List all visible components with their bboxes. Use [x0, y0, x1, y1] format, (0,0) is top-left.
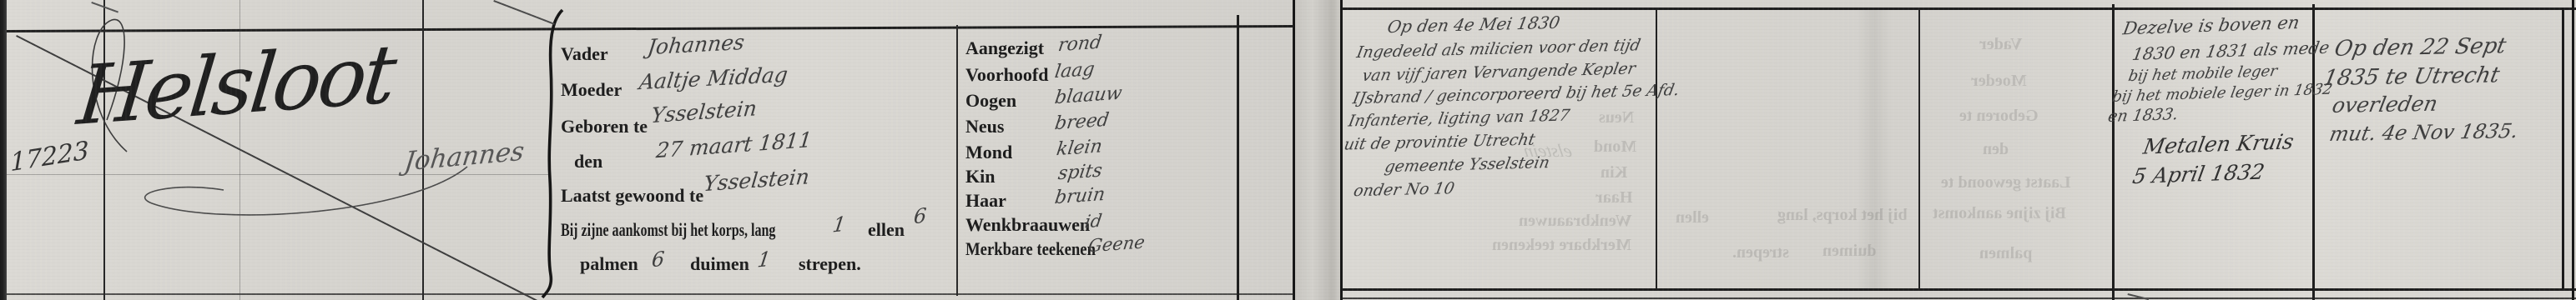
value-aangezigt: rond — [1056, 32, 1102, 56]
right-col-end-rule — [2562, 7, 2564, 289]
label-wenkbraauwen: Wenkbraauwen — [965, 214, 1090, 236]
left-page-edge — [1293, 0, 1295, 300]
scan-left-edge — [0, 0, 7, 300]
note-col-rule-3 — [2112, 4, 2115, 300]
row-top-rule-right — [1341, 7, 2576, 10]
label-aangezigt: Aangezigt — [965, 37, 1044, 59]
note-enlistment: Op den 4e Mei 1830 Ingedeeld als milicie… — [1358, 9, 1684, 200]
note-col-rule-2 — [1918, 7, 1920, 289]
value-wenkbraauwen: id — [1084, 211, 1104, 232]
note-campaigns: Dezelve is boven en 1830 en 1831 als med… — [2119, 12, 2338, 189]
label-oogen: Oogen — [965, 90, 1016, 112]
label-voorhoofd: Voorhoofd — [965, 64, 1048, 86]
note-line: Ingedeeld als milicien voor den tijd — [1355, 35, 1680, 62]
label-kin: Kin — [965, 166, 995, 187]
label-duimen: duimen — [690, 253, 749, 275]
label-measurement-intro: Bij zijne aankomst bij het korps, lang — [561, 219, 775, 241]
label-gewoond: Laatst gewoond te — [561, 185, 703, 207]
value-mond: klein — [1055, 136, 1103, 160]
bleed-label-gewoond: Laatst gewoond te — [1941, 173, 2071, 192]
value-duimen: 6 — [651, 247, 665, 272]
bleed-label-wenkbraauwen: Wenkbraauwen — [1519, 212, 1632, 231]
note-line: Metalen Kruis — [2141, 128, 2336, 159]
bleed-label-strepen: strepen. — [1732, 243, 1789, 262]
value-voorhoofd: laag — [1053, 59, 1096, 83]
label-mond: Mond — [965, 142, 1012, 163]
label-neus: Neus — [965, 116, 1004, 137]
scan-right-edge — [2572, 0, 2574, 300]
next-row-rule — [1341, 297, 2576, 299]
note-line: mut. 4e Nov 1835. — [2327, 119, 2520, 146]
bleed-label-moeder: Moeder — [1971, 72, 2027, 91]
bleed-label-merkbare: Merkbare teekenen — [1492, 236, 1631, 255]
note-line: overleden — [2330, 90, 2519, 117]
note-death: Op den 22 Sept 1835 te Utrecht overleden… — [2326, 33, 2521, 146]
label-strepen: strepen. — [799, 253, 861, 275]
note-line: 1835 te Utrecht — [2321, 62, 2519, 91]
bleed-label-haar: Haar — [1596, 188, 1632, 207]
value-palmen: 6 — [913, 203, 927, 228]
label-haar: Haar — [965, 190, 1006, 212]
value-neus: breed — [1053, 109, 1110, 134]
bleed-script-fragment: elstein — [1522, 140, 1574, 162]
bleed-label-palmen: palmen — [1979, 244, 2032, 263]
row-bottom-rule-right — [1341, 288, 2576, 291]
label-geboren: Geboren te — [561, 116, 648, 137]
bleed-label-korps-lang: bij het korps, lang — [1777, 206, 1908, 225]
label-ellen: ellen — [868, 219, 905, 241]
col-rule-description — [956, 25, 958, 296]
bleed-label-kin: Kin — [1601, 163, 1627, 182]
label-vader: Vader — [561, 43, 608, 65]
label-den: den — [574, 151, 602, 172]
bleed-label-duimen: duimen — [1822, 242, 1876, 261]
label-merkbare-teekenen: Merkbare teekenen — [965, 238, 1096, 260]
note-line: IJsbrand / geincorporeerd bij het 5e Afd… — [1351, 81, 1681, 107]
row-bottom-rule-left — [7, 293, 1293, 295]
note-line: 1830 en 1831 als mede — [2130, 37, 2332, 64]
label-palmen: palmen — [580, 253, 638, 275]
bleed-label-geboren: Geboren te — [1959, 107, 2039, 126]
bleed-label-mond: Mond — [1594, 137, 1636, 157]
bleed-label-aankomst: Bij zijne aankomst — [1933, 204, 2066, 223]
bleed-label-den: den — [1983, 140, 2009, 159]
value-merkbare-teekenen: Geene — [1087, 232, 1147, 256]
note-line: van vijf jaren Vervangende Kepler — [1361, 58, 1681, 85]
bleed-label-neus: Neus — [1599, 108, 1634, 127]
register-scan: 17223 Helsloot Johannes Vader Moeder Geb… — [0, 0, 2576, 300]
value-haar: bruin — [1053, 184, 1106, 208]
col-rule-narrow — [1237, 15, 1239, 300]
note-line: Op den 22 Sept — [2332, 33, 2518, 62]
page-gutter — [1293, 0, 1341, 300]
bleed-label-ellen: ellen — [1676, 208, 1709, 227]
bleed-label-vader: Vader — [1979, 35, 2022, 54]
value-kin: spits — [1056, 160, 1103, 184]
label-moeder: Moeder — [561, 79, 622, 101]
